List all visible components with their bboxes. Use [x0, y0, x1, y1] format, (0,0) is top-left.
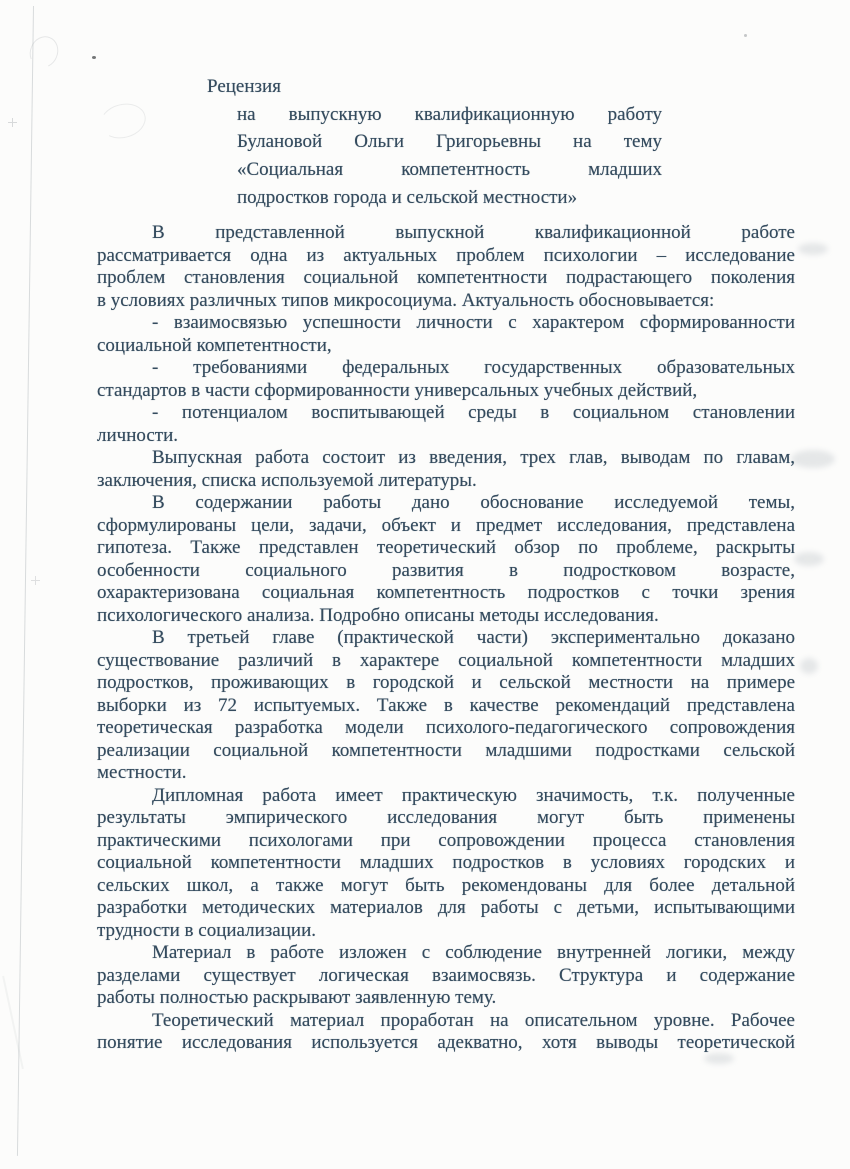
paragraph: Дипломная работа имеет практическую знач… — [97, 785, 795, 943]
paragraph: В представленной выпускной квалификацион… — [97, 222, 795, 312]
scan-speck-artifact — [92, 56, 96, 59]
paragraph: Материал в работе изложен с соблюдение в… — [97, 942, 795, 1010]
text-line: - взаимосвязью успешности личности с хар… — [97, 312, 795, 335]
text-line: особенности социального развития в подро… — [97, 560, 795, 583]
text-line: трудности в социализации. — [97, 920, 795, 943]
text-line: Теоретический материал проработан на опи… — [97, 1010, 795, 1033]
text-line: теоретическая разработка модели психолог… — [97, 717, 795, 740]
scan-speck-artifact — [744, 34, 747, 37]
text-line: психологического анализа. Подробно описа… — [97, 605, 795, 628]
text-line: личности. — [97, 425, 795, 448]
scan-edge-line-artifact — [17, 6, 34, 1156]
paragraph: Теоретический материал проработан на опи… — [97, 1010, 795, 1055]
document-page: Рецензия на выпускную квалификационную р… — [0, 0, 850, 1169]
review-header: Рецензия на выпускную квалификационную р… — [237, 73, 662, 212]
text-line: социальной компетентности младших подрос… — [97, 852, 795, 875]
scan-ghost-smudge — [791, 450, 835, 468]
text-line: сформулированы цели, задачи, объект и пр… — [97, 515, 795, 538]
text-line: результаты эмпирического исследования мо… — [97, 807, 795, 830]
scan-plus-mark-artifact — [8, 118, 17, 127]
review-body: В представленной выпускной квалификацион… — [97, 222, 795, 1055]
paragraph: - потенциалом воспитывающей среды в соци… — [97, 402, 795, 447]
text-line: заключения, списка используемой литерату… — [97, 470, 795, 493]
scan-smudge-artifact — [25, 32, 63, 72]
paragraph: В содержании работы дано обоснование исс… — [97, 492, 795, 627]
text-line: разработки методических материалов для р… — [97, 897, 795, 920]
text-line: Материал в работе изложен с соблюдение в… — [97, 942, 795, 965]
document-title: Рецензия — [207, 73, 662, 101]
text-line: подростков, проживающих в городской и се… — [97, 672, 795, 695]
text-line: в условиях различных типов микросоциума.… — [97, 290, 795, 313]
text-line: работы полностью раскрывают заявленную т… — [97, 987, 795, 1010]
text-line: охарактеризована социальная компетентнос… — [97, 582, 795, 605]
text-line: гипотеза. Также представлен теоретически… — [97, 537, 795, 560]
text-line: Выпускная работа состоит из введения, тр… — [97, 447, 795, 470]
scan-streak-artifact — [2, 976, 23, 1069]
text-line: реализации социальной компетентности мла… — [97, 740, 795, 763]
scan-ghost-smudge — [798, 243, 828, 255]
scan-ghost-smudge — [704, 1053, 734, 1064]
text-line: - потенциалом воспитывающей среды в соци… — [97, 402, 795, 425]
text-line: социальной компетентности, — [97, 335, 795, 358]
text-line: практическими психологами при сопровожде… — [97, 830, 795, 853]
paragraph: Выпускная работа состоит из введения, тр… — [97, 447, 795, 492]
text-line: разделами существует логическая взаимосв… — [97, 965, 795, 988]
scan-ghost-smudge — [794, 552, 824, 566]
text-line: местности. — [97, 762, 795, 785]
text-line: стандартов в части сформированности унив… — [97, 380, 795, 403]
text-line: рассматривается одна из актуальных пробл… — [97, 245, 795, 268]
text-line: В представленной выпускной квалификацион… — [97, 222, 795, 245]
paragraph: - взаимосвязью успешности личности с хар… — [97, 312, 795, 357]
paragraph: - требованиями федеральных государственн… — [97, 357, 795, 402]
scan-ghost-smudge — [800, 658, 818, 674]
text-line: сельских школ, а также могут быть рекоме… — [97, 875, 795, 898]
header-line: на выпускную квалификационную работу — [237, 101, 662, 129]
header-line: подростков города и сельской местности» — [237, 184, 662, 212]
paragraph: В третьей главе (практической части) экс… — [97, 627, 795, 785]
text-line: В третьей главе (практической части) экс… — [97, 627, 795, 650]
header-line: Булановой Ольги Григорьевны на тему — [237, 128, 662, 156]
text-line: В содержании работы дано обоснование исс… — [97, 492, 795, 515]
text-line: проблем становления социальной компетент… — [97, 267, 795, 290]
text-line: понятие исследования используется адеква… — [97, 1032, 795, 1055]
text-line: Дипломная работа имеет практическую знач… — [97, 785, 795, 808]
header-line: «Социальная компетентность младших — [237, 156, 662, 184]
text-line: - требованиями федеральных государственн… — [97, 357, 795, 380]
text-line: выборки из 72 испытуемых. Также в качест… — [97, 695, 795, 718]
scan-smudge-artifact — [97, 99, 150, 143]
scan-plus-mark-artifact — [31, 576, 40, 585]
text-line: существование различий в характере социа… — [97, 650, 795, 673]
